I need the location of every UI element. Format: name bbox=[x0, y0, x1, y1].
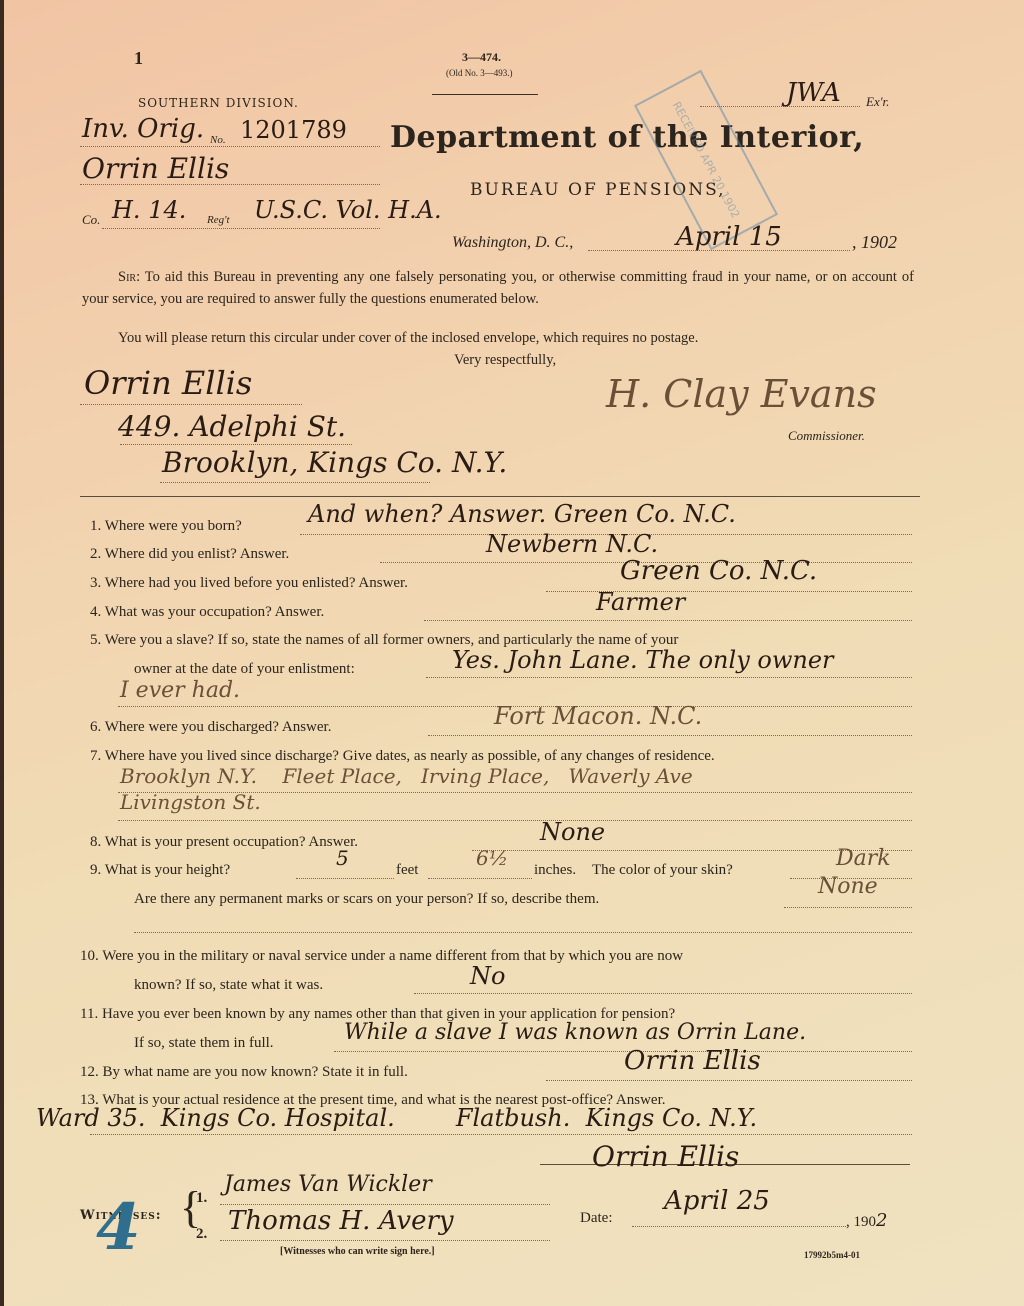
division-label: SOUTHERN DIVISION. bbox=[138, 96, 299, 110]
form-number: 3—474. bbox=[462, 50, 501, 65]
answer-12: Orrin Ellis bbox=[624, 1046, 761, 1076]
witness-note: [Witnesses who can write sign here.] bbox=[280, 1246, 435, 1257]
commissioner-signature: H. Clay Evans bbox=[606, 372, 877, 416]
letter-paragraph-2: You will please return this circular und… bbox=[118, 330, 698, 347]
question-11-cont: If so, state them in full. bbox=[134, 1035, 274, 1052]
address-street: 449. Adelphi St. bbox=[118, 410, 346, 443]
witness-line-1 bbox=[220, 1200, 550, 1205]
feet-label: feet bbox=[396, 862, 418, 879]
marks-line-2 bbox=[134, 928, 912, 933]
header-rule bbox=[432, 94, 538, 95]
salutation: Sir: bbox=[118, 269, 140, 285]
year-suffix: 2 bbox=[876, 1210, 887, 1231]
answer-line-6 bbox=[428, 731, 912, 736]
answer-13: Ward 35. Kings Co. Hospital. Flatbush. K… bbox=[36, 1104, 757, 1132]
section-divider bbox=[80, 496, 920, 497]
claim-no-label: No. bbox=[210, 134, 226, 146]
answer-line-11 bbox=[334, 1047, 912, 1052]
closing: Very respectfully, bbox=[454, 352, 556, 369]
regiment-value: U.S.C. Vol. H.A. bbox=[254, 196, 442, 224]
corner-mark: 1 bbox=[134, 48, 143, 69]
page-edge bbox=[0, 0, 4, 1306]
answer-7-cont: Livingston St. bbox=[120, 790, 261, 814]
question-9: 9. What is your height? bbox=[90, 862, 230, 879]
date-label: Date: bbox=[580, 1210, 612, 1227]
answer-6: Fort Macon. N.C. bbox=[494, 702, 702, 730]
answer-2: Newbern N.C. bbox=[486, 530, 658, 558]
question-8: 8. What is your present occupation? Answ… bbox=[90, 834, 358, 851]
answer-3: Green Co. N.C. bbox=[620, 556, 817, 586]
question-10: 10. Were you in the military or naval se… bbox=[80, 948, 683, 965]
answer-4: Farmer bbox=[596, 588, 685, 616]
old-form-number: (Old No. 3—493.) bbox=[446, 68, 513, 78]
answer-line-7b bbox=[118, 816, 912, 821]
witness-2-signature: Thomas H. Avery bbox=[228, 1206, 454, 1236]
question-10-cont: known? If so, state what it was. bbox=[134, 977, 323, 994]
answer-8: None bbox=[540, 818, 605, 846]
question-6: 6. Where were you discharged? Answer. bbox=[90, 719, 331, 736]
witness-mark: 4 bbox=[96, 1190, 141, 1265]
answer-line-12 bbox=[546, 1076, 912, 1081]
letter-paragraph-1: Sir: To aid this Bureau in preventing an… bbox=[82, 266, 914, 310]
claimant-name: Orrin Ellis bbox=[82, 152, 229, 185]
department-title: Department of the Interior, bbox=[390, 120, 864, 155]
question-7: 7. Where have you lived since discharge?… bbox=[90, 748, 715, 765]
answer-line-4 bbox=[424, 616, 912, 621]
answer-11: While a slave I was known as Orrin Lane. bbox=[344, 1020, 806, 1045]
question-3: 3. Where had you lived before you enlist… bbox=[90, 575, 408, 592]
signed-year: , 1902 bbox=[846, 1210, 887, 1231]
marks-answer: None bbox=[818, 874, 878, 899]
inches-line bbox=[428, 874, 532, 879]
skin-label: The color of your skin? bbox=[592, 862, 733, 879]
question-5-cont: owner at the date of your enlistment: bbox=[134, 661, 355, 678]
answer-10: No bbox=[470, 962, 505, 990]
answer-7: Brooklyn N.Y. Fleet Place, Irving Place,… bbox=[120, 764, 693, 788]
question-1: 1. Where were you born? bbox=[90, 518, 242, 535]
claim-prefix: Inv. Orig. bbox=[82, 114, 204, 144]
marks-line bbox=[784, 903, 912, 908]
inches-label: inches. bbox=[534, 862, 576, 879]
letter-year: , 1902 bbox=[852, 232, 897, 253]
paragraph-1-text: To aid this Bureau in preventing any one… bbox=[82, 269, 914, 307]
commissioner-title: Commissioner. bbox=[788, 428, 865, 444]
question-2: 2. Where did you enlist? Answer. bbox=[90, 546, 289, 563]
skin-color: Dark bbox=[836, 846, 891, 871]
answer-1: And when? Answer. Green Co. N.C. bbox=[308, 500, 736, 528]
feet-line bbox=[296, 874, 394, 879]
signed-date: April 25 bbox=[664, 1186, 770, 1216]
question-9-marks: Are there any permanent marks or scars o… bbox=[134, 891, 599, 908]
answer-5-cont: I ever had. bbox=[120, 678, 240, 703]
date-line-footer bbox=[632, 1222, 846, 1227]
place-label: Washington, D. C., bbox=[452, 234, 573, 252]
question-12: 12. By what name are you now known? Stat… bbox=[80, 1064, 408, 1081]
address-city: Brooklyn, Kings Co. N.Y. bbox=[162, 446, 507, 479]
regiment-label: Reg't bbox=[207, 214, 230, 226]
address-name: Orrin Ellis bbox=[84, 364, 252, 402]
question-4: 4. What was your occupation? Answer. bbox=[90, 604, 324, 621]
year-prefix: , 190 bbox=[846, 1214, 876, 1230]
print-code: 17992b5m4-01 bbox=[804, 1250, 860, 1260]
witness-1-num: 1. bbox=[196, 1190, 207, 1207]
company-label: Co. bbox=[82, 212, 100, 228]
answer-5: Yes. John Lane. The only owner bbox=[452, 646, 834, 674]
examiner-label: Ex'r. bbox=[866, 94, 889, 110]
claim-number: 1201789 bbox=[240, 116, 347, 144]
company-value: H. 14. bbox=[112, 196, 186, 224]
witness-2-num: 2. bbox=[196, 1226, 207, 1243]
witness-line-2 bbox=[220, 1236, 550, 1241]
witness-1-signature: James Van Wickler bbox=[224, 1172, 432, 1197]
height-feet: 5 bbox=[336, 846, 349, 870]
letter-date: April 15 bbox=[676, 222, 782, 252]
year-value: 1902 bbox=[861, 232, 897, 252]
claimant-signature: Orrin Ellis bbox=[592, 1140, 739, 1173]
examiner-initials: JWA bbox=[786, 78, 841, 108]
height-inches: 6½ bbox=[476, 846, 508, 870]
